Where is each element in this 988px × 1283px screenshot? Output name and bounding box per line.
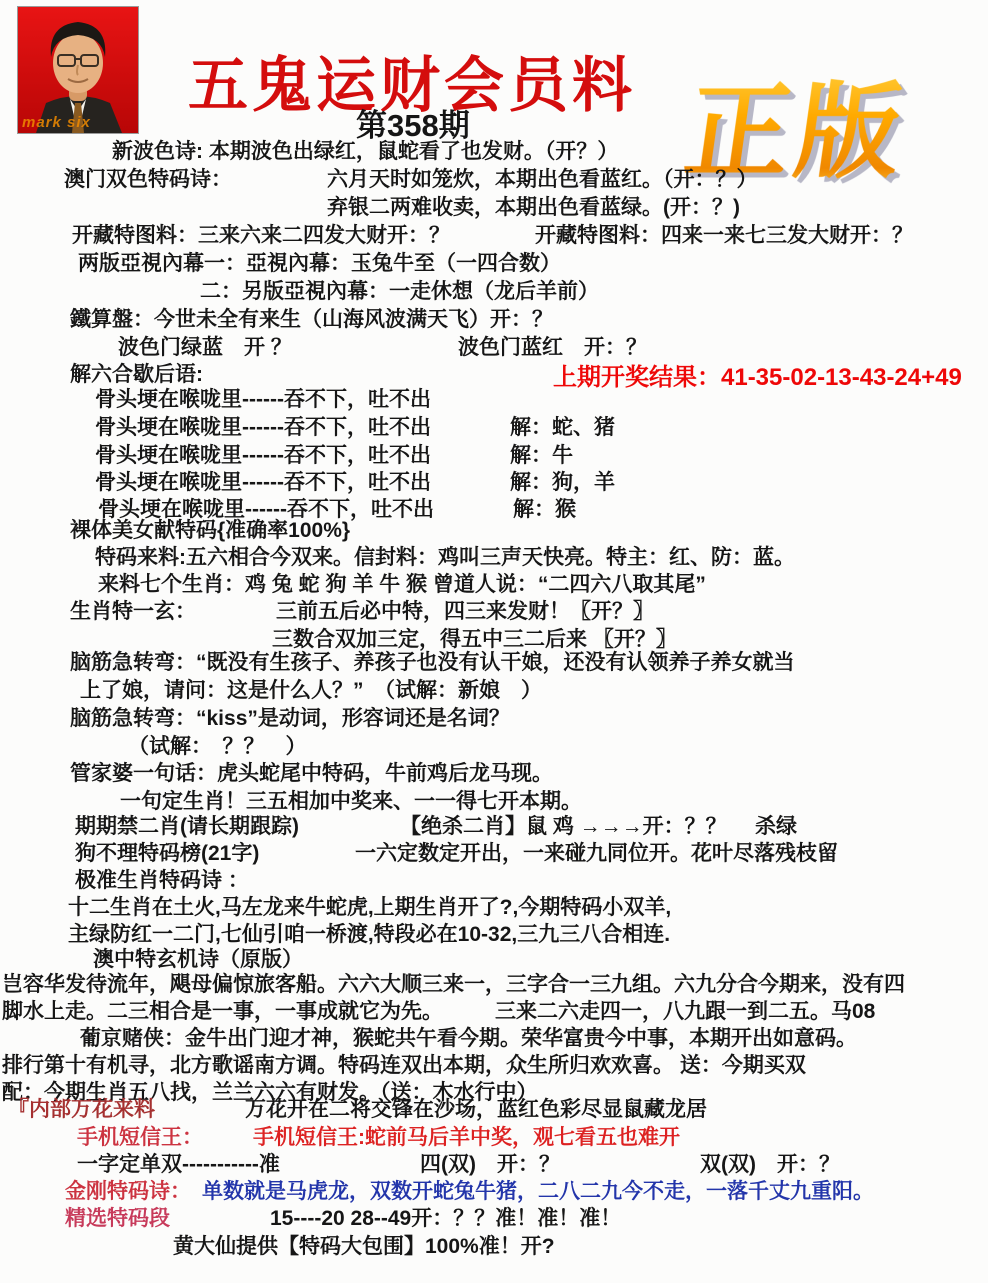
text-line: 骨头埂在喉咙里------吞不下，吐不出	[98, 498, 434, 521]
text-line: 澳中特玄机诗（原版）	[93, 948, 303, 971]
text-line: 十二生肖在土火,马左龙来牛蛇虎,上期生肖开了?,今期特码小双羊,	[68, 896, 671, 919]
text-line: 脑筋急转弯：“kiss”是动词，形容词还是名词？	[70, 707, 510, 730]
text-line: 四(双) 开：？	[420, 1153, 560, 1176]
text-line: 杀绿	[755, 815, 797, 838]
text-line: 主绿防红一二门,七仙引咱一桥渡,特段必在10-32,三九三八合相连.	[68, 923, 670, 946]
text-line: 万花开在二将交锋在沙场，蓝红色彩尽显鼠藏龙居	[245, 1098, 707, 1121]
text-line: 六月天时如笼炊，本期出色看蓝红。（开：？）	[327, 168, 758, 191]
text-line: 岂容华发待流年，飓母偏惊旅客船。六六大顺三来一，三字合一三九组。六九分合今期来，…	[2, 973, 905, 996]
text-line: 一句定生肖！三五相加中奖来、一一得七开本期。	[120, 790, 582, 813]
text-line: 【绝杀二肖】鼠 鸡 →→→开：？？	[400, 815, 727, 838]
text-line: 骨头埂在喉咙里------吞不下，吐不出	[95, 444, 431, 467]
text-line: 排行第十有机寻，北方歌谣南方调。特码连双出本期，众生所归欢欢喜。 送：今期买双	[2, 1054, 806, 1077]
text-line: 波色门蓝红 开：？	[458, 336, 647, 359]
text-line: 管家婆一句话：虎头蛇尾中特码，牛前鸡后龙马现。	[70, 762, 553, 785]
text-line: 双(双) 开：？	[700, 1153, 840, 1176]
text-line: 上了娘，请问：这是什么人？” （试解：新娘 ）	[80, 679, 542, 702]
text-line: 骨头埂在喉咙里------吞不下，吐不出	[95, 388, 431, 411]
text-line: 期期禁二肖(请长期跟踪)	[75, 815, 299, 838]
text-line: 解：狗，羊	[510, 471, 615, 494]
text-line: 两版亞視內幕一：亞視內幕：玉兔牛至（一四合数）	[78, 252, 561, 275]
text-line: 二：另版亞視內幕：一走休想（龙后羊前）	[200, 280, 599, 303]
text-line: （试解： ？？ ）	[128, 735, 307, 758]
text-line: 三数合双加三定，得五中三二后来 〖开？〗	[272, 628, 677, 651]
text-line: 骨头埂在喉咙里------吞不下，吐不出	[95, 471, 431, 494]
section-label-sms-king: 手机短信王：	[77, 1126, 203, 1149]
text-line: 手机短信王:蛇前马后羊中奖，观七看五也难开	[253, 1126, 680, 1149]
section-label-jingang: 金刚特码诗：	[65, 1180, 191, 1203]
last-draw-result: 上期开奖结果：41-35-02-13-43-24+49	[553, 365, 962, 391]
text-line: 解：猴	[513, 498, 576, 521]
text-line: 骨头埂在喉咙里------吞不下，吐不出	[95, 416, 431, 439]
tip-sheet-page: mark six 五鬼运财会员料 第358期 正版 新波色诗: 本期波色出绿红，…	[0, 0, 988, 1283]
text-line: 裸体美女献特码{准确率100%}	[70, 519, 350, 542]
text-line: 特码来料:五六相合今双来。信封料：鸡叫三声天快亮。特主：红、防：蓝。	[95, 546, 795, 569]
text-line: 黄大仙提供【特码大包围】100%准！开?	[173, 1235, 555, 1258]
text-line: 生肖特一玄：	[70, 600, 196, 623]
text-line: 开藏特图料：三来六来二四发大财开：？	[72, 224, 450, 247]
text-line: 鐵算盤：今世未全有来生（山海风波满天飞）开：？	[70, 308, 553, 331]
text-line: 来料七个生肖：鸡 兔 蛇 狗 羊 牛 猴 曾道人说：“二四六八取其尾”	[98, 573, 706, 596]
text-line: 一六定数定开出，一来碰九同位开。花叶尽落残枝留	[355, 842, 838, 865]
text-line: 狗不理特码榜(21字)	[75, 842, 259, 865]
text-line: 开藏特图料：四来一来七三发大财开：？	[535, 224, 913, 247]
text-line: 解：牛	[510, 444, 573, 467]
text-line: 三来二六走四一，八九跟一到二五。马08	[495, 1000, 875, 1023]
text-line: 极准生肖特码诗 ：	[75, 869, 249, 892]
text-line: 新波色诗: 本期波色出绿红，鼠蛇看了也发财。（开？）	[112, 140, 618, 163]
text-lines: 新波色诗: 本期波色出绿红，鼠蛇看了也发财。（开？）澳门双色特码诗：六月天时如笼…	[0, 0, 988, 1283]
text-line: 解六合歇后语:	[70, 363, 203, 386]
text-line: 解：蛇、猪	[510, 416, 615, 439]
text-line: 波色门绿蓝 开 ？	[118, 336, 292, 359]
section-label-jingxuan: 精选特码段	[65, 1207, 170, 1230]
text-line: 15----20 28--49开：？？准！准！准！	[270, 1207, 621, 1230]
text-line: 单数就是马虎龙，双数开蛇兔牛猪，二八二九今不走，一落千丈九重阳。	[202, 1180, 874, 1203]
text-line: 三前五后必中特，四三来发财！〖开？〗	[276, 600, 654, 623]
text-line: 葡京赌侠：金牛出门迎才神，猴蛇共午看今期。荣华富贵今中事，本期开出如意码。	[80, 1027, 857, 1050]
section-label-neibu-wanhua: 『内部万花来料	[8, 1098, 155, 1121]
text-line: 澳门双色特码诗：	[64, 168, 232, 191]
text-line: 脚水上走。二三相合是一事，一事成就它为先。	[2, 1000, 443, 1023]
text-line: 弃银二两难收卖，本期出色看蓝绿。(开：？)	[327, 196, 740, 219]
text-line: 一字定单双-----------准	[77, 1153, 280, 1176]
text-line: 脑筋急转弯：“既没有生孩子、养孩子也没有认干娘，还没有认领养子养女就当	[70, 651, 795, 674]
